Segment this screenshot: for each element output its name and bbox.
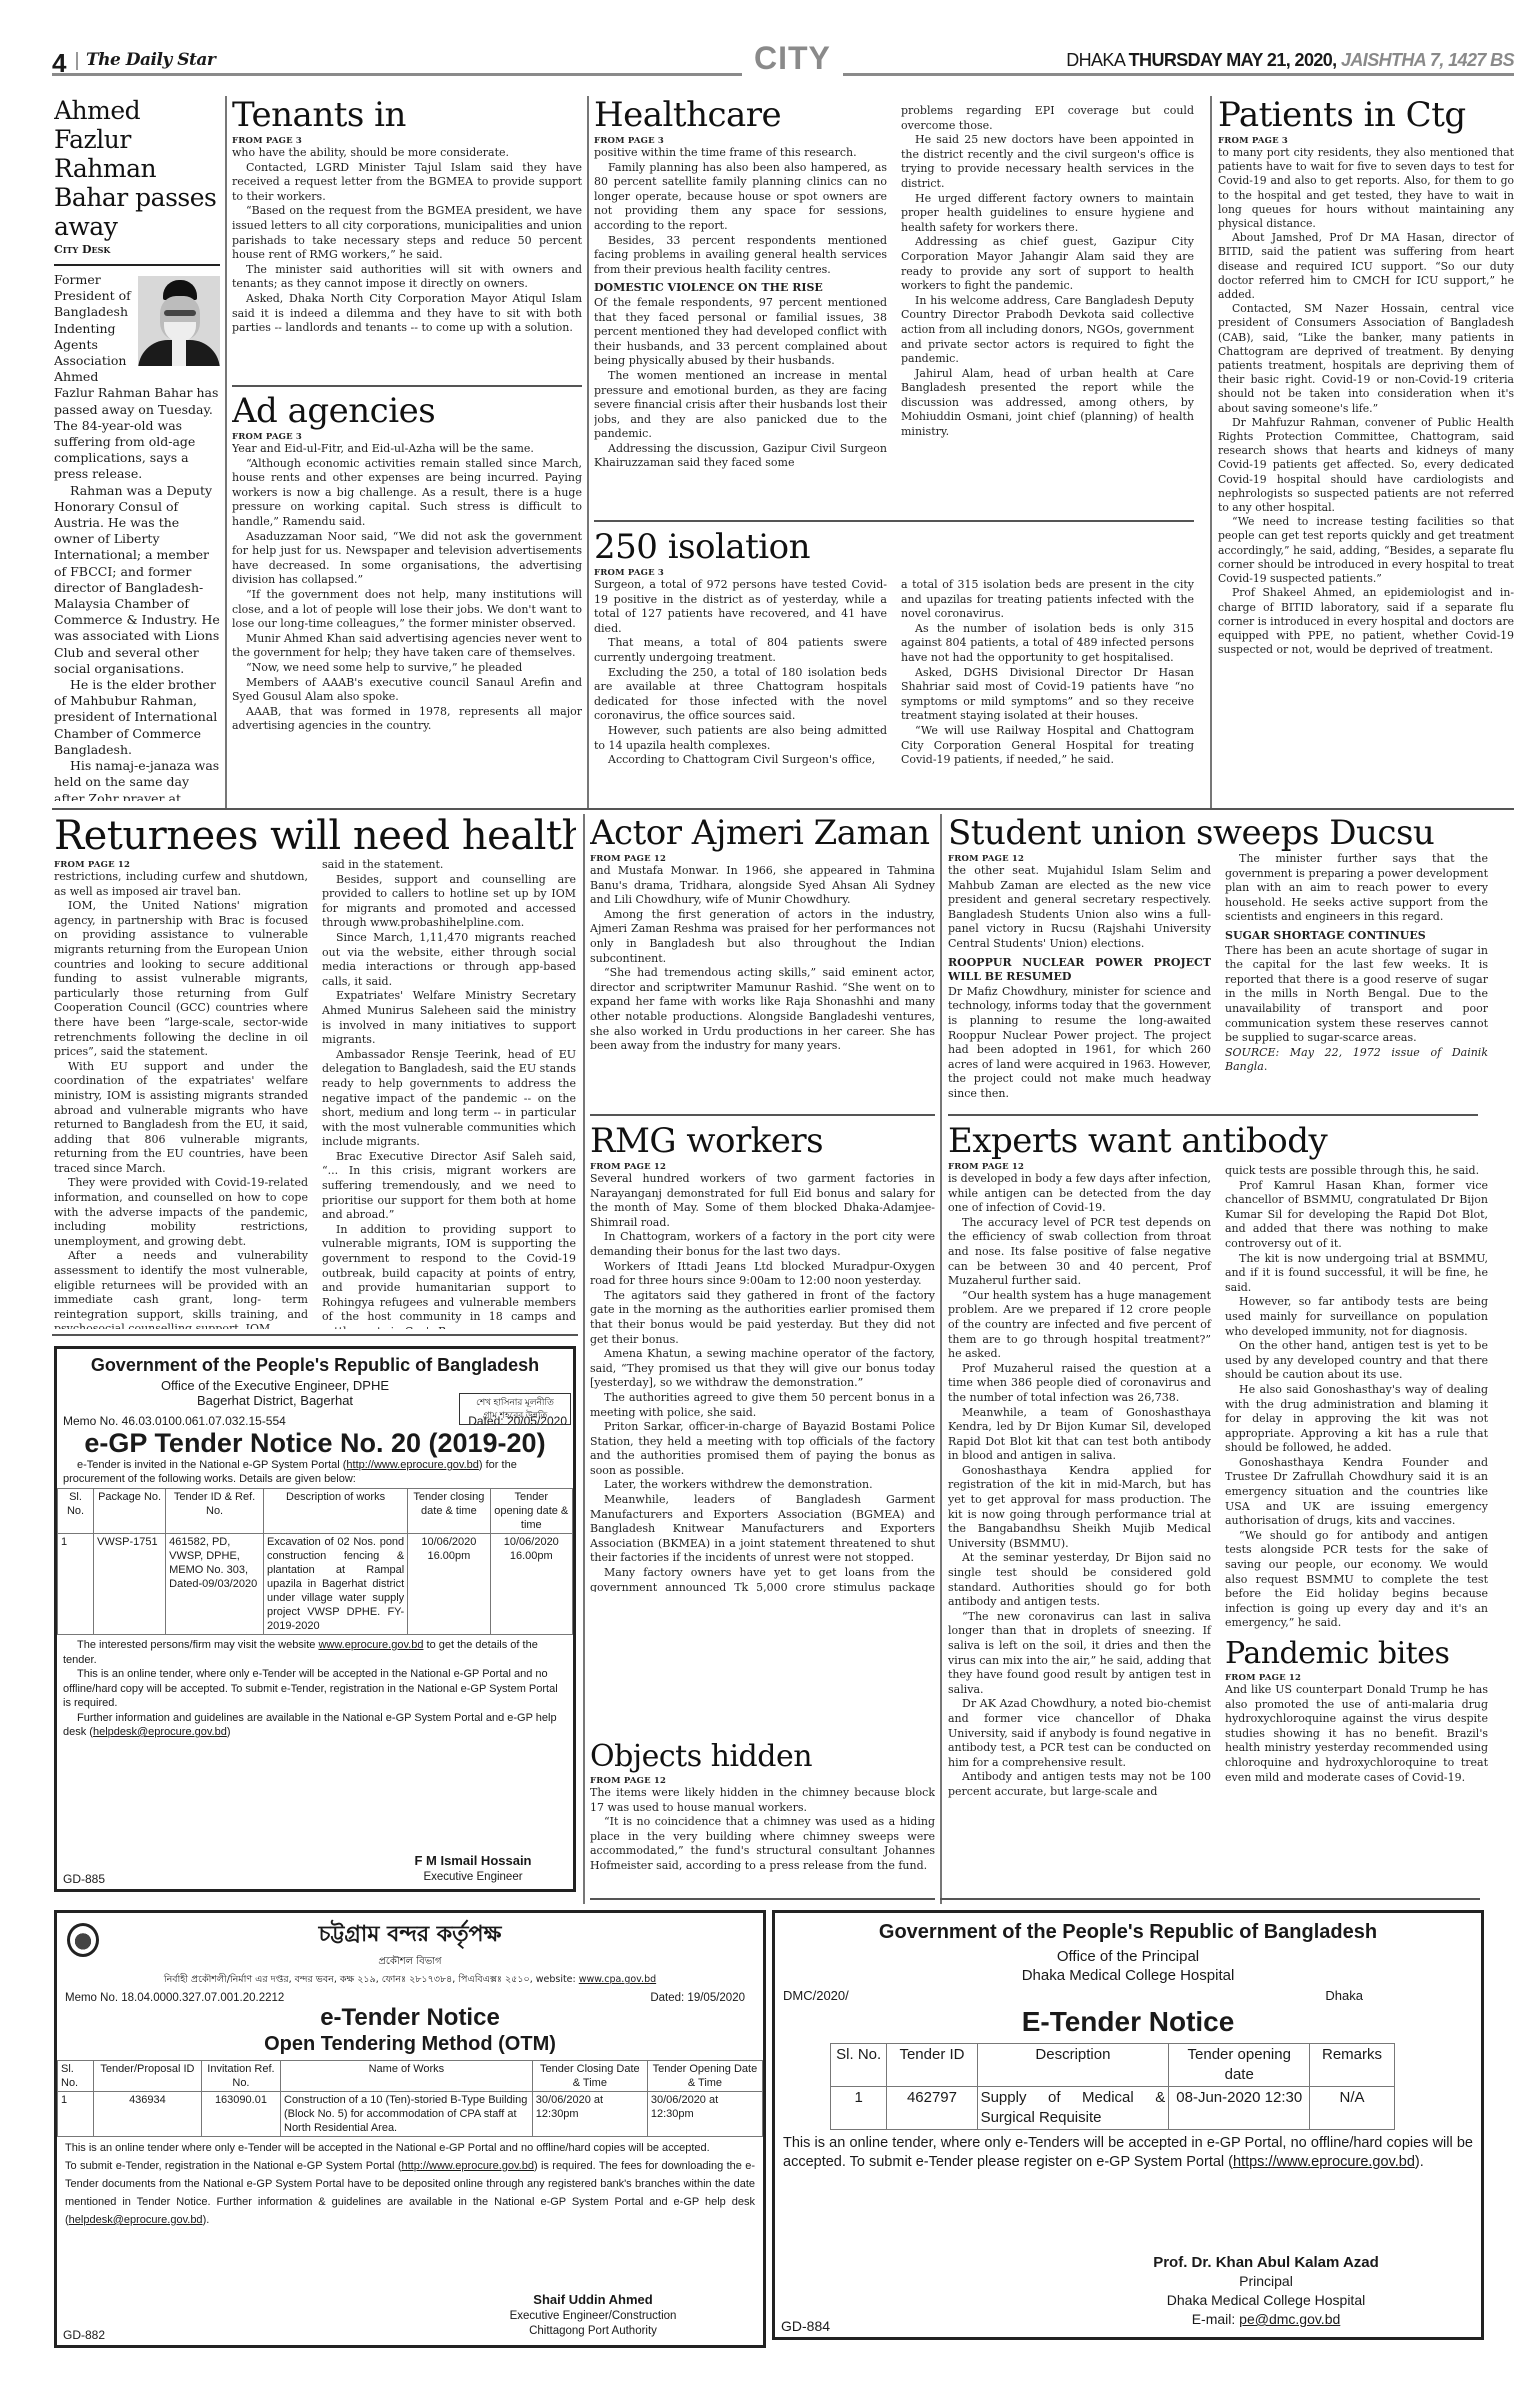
ad-signature: Shaif Uddin Ahmed Executive Engineer/Con…	[493, 2292, 693, 2339]
tender-table: Sl. No. Package No. Tender ID & Ref. No.…	[57, 1488, 573, 1635]
paragraph: Later, the workers withdrew the demonstr…	[590, 1478, 935, 1493]
paragraph: As the number of isolation beds is only …	[901, 622, 1194, 666]
obituary-byline: City Desk	[54, 243, 220, 266]
paragraph: Among the first generation of actors in …	[590, 908, 935, 966]
obituary-photo	[138, 276, 220, 366]
ad-office-line: Dhaka Medical College Hospital	[775, 1967, 1481, 1984]
ad-subtitle: Open Tendering Method (OTM)	[57, 2032, 763, 2056]
column-rule	[940, 814, 942, 1904]
from-page: FROM PAGE 12	[948, 854, 1211, 864]
tenants-headline: Tenants in	[232, 96, 582, 134]
paragraph: He urged different factory owners to mai…	[901, 192, 1194, 236]
paragraph: Many factory owners have yet to get loan…	[590, 1566, 935, 1592]
section-divider	[590, 1114, 935, 1116]
paragraph: Rahman was a Deputy Honorary Consul of A…	[54, 483, 220, 677]
paragraph: Dr Mafiz Chowdhury, minister for science…	[948, 985, 1211, 1102]
article-isolation: 250 isolation FROM PAGE 3 Surgeon, a tot…	[594, 528, 1194, 808]
paragraph: The minister further says that the gover…	[1225, 852, 1488, 925]
from-page: FROM PAGE 12	[54, 860, 308, 870]
paragraph: “She had tremendous acting skills,” said…	[590, 966, 935, 1054]
paragraph: The accuracy level of PCR test depends o…	[948, 1216, 1211, 1289]
ad-ref: DMC/2020/	[783, 1988, 849, 2003]
column-rule	[587, 96, 589, 808]
healthcare-body-col1: positive within the time frame of this r…	[594, 146, 887, 471]
subheading: ROOPPUR NUCLEAR POWER PROJECT WILL BE RE…	[948, 956, 1211, 985]
ad-dmc-tender: Government of the People's Republic of B…	[772, 1910, 1484, 2340]
paragraph: Members of AAAB's executive council Sana…	[232, 676, 582, 705]
paragraph: There has been an acute shortage of suga…	[1225, 944, 1488, 1046]
ad-slogan-box: শেখ হাসিনার মূলনীতি গ্রাম শহরের উন্নতি	[459, 1393, 571, 1425]
antibody-body-col2: quick tests are possible through this, h…	[1225, 1164, 1488, 1631]
ad-note: This is an online tender where only e-Te…	[65, 2139, 755, 2157]
obituary-body: Former President of Bangladesh Indenting…	[54, 272, 220, 801]
rmg-body: Several hundred workers of two garment f…	[590, 1172, 935, 1592]
ad-agencies-headline: Ad agencies	[232, 392, 582, 430]
ducsu-headline: Student union sweeps Ducsu	[948, 814, 1488, 852]
from-page: FROM PAGE 3	[594, 136, 887, 146]
actor-body: and Mustafa Monwar. In 1966, she appeare…	[590, 864, 935, 1054]
section-divider	[594, 520, 1194, 522]
paragraph: Workers of Ittadi Jeans Ltd blocked Mura…	[590, 1260, 935, 1289]
from-page: FROM PAGE 3	[232, 432, 582, 442]
from-page: FROM PAGE 12	[590, 1776, 935, 1786]
ad-office-line: Bagerhat District, Bagerhat	[57, 1393, 493, 1408]
section-divider	[948, 1114, 1478, 1116]
ad-org-bangla: চট্টগ্রাম বন্দর কর্তৃপক্ষ	[57, 1917, 763, 1954]
slogan-line: গ্রাম শহরের উন্নতি	[464, 1409, 566, 1422]
paragraph: He also said Gonoshasthay's way of deali…	[1225, 1383, 1488, 1456]
dmc-email-link[interactable]: pe@dmc.gov.bd	[1239, 2311, 1340, 2327]
paragraph: The minister said authorities will sit w…	[232, 263, 582, 292]
paragraph: Dr AK Azad Chowdhury, a noted bio-chemis…	[948, 1697, 1211, 1770]
isolation-body-col2: a total of 315 isolation beds are presen…	[901, 578, 1194, 768]
helpdesk-email-link[interactable]: helpdesk@eprocure.gov.bd	[93, 1726, 227, 1738]
ad-intro: e-Tender is invited in the National e-GP…	[57, 1458, 573, 1486]
paragraph: who have the ability, should be more con…	[232, 146, 582, 161]
paragraph: quick tests are possible through this, h…	[1225, 1164, 1488, 1179]
slogan-line: শেখ হাসিনার মূলনীতি	[464, 1396, 566, 1409]
ad-memo-row: Memo No. 18.04.0000.327.07.001.20.2212 D…	[57, 1988, 763, 2004]
paragraph: Family planning has also been also hampe…	[594, 161, 887, 234]
paragraph: positive within the time frame of this r…	[594, 146, 887, 161]
objects-headline: Objects hidden	[590, 1740, 935, 1774]
ad-place: Dhaka	[1325, 1988, 1363, 2003]
ad-title: e-Tender Notice	[57, 2004, 763, 2032]
paragraph: In Chattogram, workers of a factory in t…	[590, 1230, 935, 1259]
actor-headline: Actor Ajmeri Zaman	[590, 814, 935, 852]
ad-code: GD-885	[63, 1872, 105, 1886]
ad-memo-row: DMC/2020/ Dhaka	[775, 1984, 1481, 2003]
paragraph: Addressing as chief guest, Gazipur City …	[901, 235, 1194, 293]
table-header: Sl. No. Tender ID Description Tender ope…	[831, 2044, 1395, 2087]
paragraph: and Mustafa Monwar. In 1966, she appeare…	[590, 864, 935, 908]
eprocure-link[interactable]: https://www.eprocure.gov.bd	[1233, 2154, 1415, 2170]
ad-gov-title: Government of the People's Republic of B…	[775, 1921, 1481, 1944]
ad-agencies-body: Year and Eid-ul-Fitr, and Eid-ul-Azha wi…	[232, 442, 582, 734]
paragraph: They were provided with Covid-19-related…	[54, 1176, 308, 1249]
paragraph: IOM, the United Nations' migration agenc…	[54, 899, 308, 1060]
section-divider	[52, 1334, 578, 1336]
article-returnees: Returnees will need healthcare FROM PAGE…	[54, 814, 576, 1329]
paragraph: said in the statement.	[322, 858, 576, 873]
paragraph: Surgeon, a total of 972 persons have tes…	[594, 578, 887, 636]
paragraph: “We will use Railway Hospital and Chatto…	[901, 724, 1194, 768]
paragraph: “We need to increase testing facilities …	[1218, 515, 1514, 586]
article-ad-agencies: Ad agencies FROM PAGE 3 Year and Eid-ul-…	[232, 392, 582, 802]
paragraph: Expatriates' Welfare Ministry Secretary …	[322, 989, 576, 1047]
patients-ctg-body: to many port city residents, they also m…	[1218, 146, 1514, 657]
paragraph: Year and Eid-ul-Fitr, and Eid-ul-Azha wi…	[232, 442, 582, 457]
healthcare-body-col2: problems regarding EPI coverage but coul…	[901, 104, 1194, 471]
paragraph: He is the elder brother of Mahbubur Rahm…	[54, 677, 220, 758]
section-title: CITY	[742, 40, 843, 77]
paragraph: “Now, we need some help to survive,” he …	[232, 661, 582, 676]
paragraph: “We should go for antibody and antigen t…	[1225, 1529, 1488, 1631]
objects-body: The items were likely hidden in the chim…	[590, 1786, 935, 1874]
ad-office-line: Office of the Principal	[775, 1948, 1481, 1965]
paragraph: “It is no coincidence that a chimney was…	[590, 1815, 935, 1873]
paragraph: Jahirul Alam, head of urban health at Ca…	[901, 367, 1194, 440]
paragraph: Gonoshasthaya Kendra applied for registr…	[948, 1464, 1211, 1552]
paragraph: “If the government does not help, many i…	[232, 588, 582, 632]
paragraph: According to Chattogram Civil Surgeon's …	[594, 753, 887, 768]
from-page: FROM PAGE 12	[1225, 1673, 1488, 1683]
paragraph: At the seminar yesterday, Dr Bijon said …	[948, 1551, 1211, 1609]
ad-office-line: Office of the Executive Engineer, DPHE	[57, 1378, 493, 1393]
paragraph: However, such patients are also being ad…	[594, 724, 887, 753]
paragraph: Asked, Dhaka North City Corporation Mayo…	[232, 292, 582, 336]
paragraph: a total of 315 isolation beds are presen…	[901, 578, 1194, 622]
article-rmg: RMG workers FROM PAGE 12 Several hundred…	[590, 1122, 935, 1592]
rmg-headline: RMG workers	[590, 1122, 935, 1160]
section-divider	[590, 1898, 935, 1900]
ducsu-body-col2: The minister further says that the gover…	[1225, 852, 1488, 1102]
article-patients-ctg: Patients in Ctg FROM PAGE 3 to many port…	[1218, 96, 1514, 806]
paragraph: the other seat. Mujahidul Islam Selim an…	[948, 864, 1211, 952]
paragraph: Meanwhile, a team of Gonoshasthaya Kendr…	[948, 1406, 1211, 1464]
table-row: 1 VWSP-1751 461582, PD, VWSP, DPHE, MEMO…	[58, 1534, 573, 1635]
column-rule	[583, 814, 585, 1904]
from-page: FROM PAGE 12	[590, 854, 935, 864]
patients-ctg-headline: Patients in Ctg	[1218, 96, 1514, 134]
paragraph: Contacted, SM Nazer Hossain, central vic…	[1218, 302, 1514, 416]
ad-date: Dated: 19/05/2020	[650, 1992, 745, 2004]
paragraph: “Based on the request from the BGMEA pre…	[232, 204, 582, 262]
paragraph: Prof Muzaherul raised the question at a …	[948, 1362, 1211, 1406]
paragraph: “Our health system has a huge management…	[948, 1289, 1211, 1362]
paragraph: On the other hand, antigen test is yet t…	[1225, 1339, 1488, 1383]
paragraph: In addition to providing support to vuln…	[322, 1223, 576, 1329]
paragraph: Asked, DGHS Divisional Director Dr Hasan…	[901, 666, 1194, 724]
ad-signature: Prof. Dr. Khan Abul Kalam Azad Principal…	[1121, 2253, 1411, 2329]
returnees-headline: Returnees will need healthcare	[54, 814, 576, 858]
paragraph: Since March, 1,11,470 migrants reached o…	[322, 931, 576, 989]
paragraph: He said 25 new doctors have been appoint…	[901, 133, 1194, 191]
paragraph: Meanwhile, leaders of Bangladesh Garment…	[590, 1493, 935, 1566]
table-header: Sl. No. Package No. Tender ID & Ref. No.…	[58, 1489, 573, 1534]
paragraph: “The new coronavirus can last in saliva …	[948, 1610, 1211, 1698]
paragraph: Amena Khatun, a sewing machine operator …	[590, 1347, 935, 1391]
paragraph: Excluding the 250, a total of 180 isolat…	[594, 666, 887, 724]
cpa-website-link[interactable]: www.cpa.gov.bd	[579, 1974, 656, 1985]
article-obituary: Ahmed Fazlur Rahman Bahar passes away Ci…	[54, 96, 220, 801]
ad-memo: Memo No. 46.03.0100.061.07.032.15-554	[63, 1414, 286, 1428]
ad-code: GD-884	[781, 2318, 830, 2334]
paragraph: is developed in body a few days after in…	[948, 1172, 1211, 1216]
pandemic-headline: Pandemic bites	[1225, 1637, 1488, 1671]
ad-notes: The interested persons/firm may visit th…	[57, 1635, 573, 1740]
ad-notes: This is an online tender, where only e-T…	[775, 2130, 1481, 2172]
table-row: 1 462797 Supply of Medical & Surgical Re…	[831, 2087, 1395, 2130]
table-row: 1 436934 163090.01 Construction of a 10 …	[58, 2092, 763, 2137]
eprocure-link[interactable]: http://www.eprocure.gov.bd	[346, 1459, 478, 1471]
article-healthcare: Healthcare FROM PAGE 3 positive within t…	[594, 96, 1194, 514]
dateline-city: DHAKA	[1066, 50, 1124, 70]
eprocure-link[interactable]: http://www.eprocure.gov.bd	[402, 2160, 534, 2172]
paragraph: Prof Shakeel Ahmed, an epidemiologist an…	[1218, 586, 1514, 657]
from-page: FROM PAGE 3	[594, 568, 887, 578]
ducsu-body-col1: the other seat. Mujahidul Islam Selim an…	[948, 864, 1211, 1102]
ad-address: নির্বাহী প্রকৌশলী/নির্মাণ এর দপ্তর, বন্দ…	[57, 1973, 763, 1988]
subheading: DOMESTIC VIOLENCE ON THE RISE	[594, 281, 887, 296]
paragraph: problems regarding EPI coverage but coul…	[901, 104, 1194, 133]
article-objects-hidden: Objects hidden FROM PAGE 12 The items we…	[590, 1740, 935, 1900]
paragraph: After a needs and vulnerability assessme…	[54, 1249, 308, 1329]
section-divider	[232, 385, 582, 387]
obituary-headline: Ahmed Fazlur Rahman Bahar passes away	[54, 96, 220, 241]
paragraph: With EU support and under the coordinati…	[54, 1060, 308, 1177]
paragraph: Prof Kamrul Hasan Khan, former vice chan…	[1225, 1179, 1488, 1252]
isolation-body-col1: Surgeon, a total of 972 persons have tes…	[594, 578, 887, 768]
section-divider	[940, 1898, 1480, 1900]
paragraph: The authorities agreed to give them 50 p…	[590, 1391, 935, 1420]
article-pandemic-bites: Pandemic bites FROM PAGE 12 And like US …	[1225, 1637, 1488, 1785]
paragraph: Asaduzzaman Noor said, “We did not ask t…	[232, 530, 582, 588]
paragraph: Besides, support and counselling are pro…	[322, 873, 576, 931]
pandemic-body: And like US counterpart Donald Trump he …	[1225, 1683, 1488, 1785]
paragraph: to many port city residents, they also m…	[1218, 146, 1514, 231]
paragraph: Dr Mahfuzur Rahman, convener of Public H…	[1218, 416, 1514, 515]
tenants-body: who have the ability, should be more con…	[232, 146, 582, 336]
paragraph: Addressing the discussion, Gazipur Civil…	[594, 442, 887, 471]
paragraph: Munir Ahmed Khan said advertising agenci…	[232, 632, 582, 661]
paragraph: His namaj-e-janaza was held on the same …	[54, 758, 220, 801]
tender-table: Sl. No. Tender ID Description Tender ope…	[830, 2043, 1395, 2130]
paragraph: In his welcome address, Care Bangladesh …	[901, 294, 1194, 367]
returnees-body-col1: restrictions, including curfew and shutd…	[54, 870, 308, 1329]
paragraph: Besides, 33 percent respondents mentione…	[594, 234, 887, 278]
dateline: DHAKA THURSDAY MAY 21, 2020, JAISHTHA 7,…	[1066, 50, 1514, 71]
ad-dept-bangla: প্রকৌশল বিভাগ	[57, 1954, 763, 1971]
paragraph: However, so far antibody tests are being…	[1225, 1295, 1488, 1339]
column-rule	[1210, 96, 1212, 808]
column-rule	[225, 96, 227, 808]
article-ducsu: Student union sweeps Ducsu FROM PAGE 12 …	[948, 814, 1488, 1109]
subheading: SUGAR SHORTAGE CONTINUES	[1225, 929, 1488, 944]
returnees-body-col2: said in the statement. Besides, support …	[322, 858, 576, 1329]
ad-title: E-Tender Notice	[775, 2005, 1481, 2039]
paragraph: Brac Executive Director Asif Saleh said,…	[322, 1150, 576, 1223]
paragraph: Gonoshasthaya Kendra Founder and Trustee…	[1225, 1456, 1488, 1529]
dateline-bangla: JAISHTHA 7, 1427 BS	[1341, 50, 1514, 70]
paragraph: The items were likely hidden in the chim…	[590, 1786, 935, 1815]
paper-logo: The Daily Star	[86, 50, 215, 70]
ad-title: e-GP Tender Notice No. 20 (2019-20)	[57, 1428, 573, 1458]
paragraph: The agitators said they gathered in fron…	[590, 1289, 935, 1347]
paragraph: That means, a total of 804 patients swer…	[594, 636, 887, 665]
paragraph: Contacted, LGRD Minister Tajul Islam sai…	[232, 161, 582, 205]
tender-table: Sl. No. Tender/Proposal ID Invitation Re…	[57, 2060, 763, 2137]
table-header: Sl. No. Tender/Proposal ID Invitation Re…	[58, 2061, 763, 2092]
ad-bagerhat-tender: Government of the People's Republic of B…	[54, 1346, 576, 1892]
paragraph: AAAB, that was formed in 1978, represent…	[232, 705, 582, 734]
from-page: FROM PAGE 3	[232, 136, 582, 146]
ad-chittagong-port-tender: চট্টগ্রাম বন্দর কর্তৃপক্ষ প্রকৌশল বিভাগ …	[54, 1910, 766, 2348]
ad-note: This is an online tender, where only e-T…	[63, 1667, 567, 1711]
eprocure-link[interactable]: www.eprocure.gov.bd	[318, 1639, 423, 1651]
paragraph: And like US counterpart Donald Trump he …	[1225, 1683, 1488, 1785]
source-note: SOURCE: May 22, 1972 issue of Dainik Ban…	[1225, 1046, 1488, 1075]
isolation-headline: 250 isolation	[594, 528, 1194, 566]
from-page: FROM PAGE 12	[948, 1162, 1211, 1172]
ad-memo: Memo No. 18.04.0000.327.07.001.20.2212	[65, 1992, 284, 2004]
ad-signature: F M Ismail Hossain Executive Engineer	[393, 1853, 553, 1885]
paragraph: About Jamshed, Prof Dr MA Hasan, directo…	[1218, 231, 1514, 302]
ad-gov-title: Government of the People's Republic of B…	[57, 1355, 573, 1376]
paragraph: The kit is now undergoing trial at BSMMU…	[1225, 1252, 1488, 1296]
paragraph: “Although economic activities remain sta…	[232, 457, 582, 530]
antibody-headline: Experts want antibody	[948, 1122, 1488, 1160]
from-page: FROM PAGE 3	[1218, 136, 1514, 146]
paragraph: The women mentioned an increase in menta…	[594, 369, 887, 442]
paragraph: Ambassador Rensje Teerink, head of EU de…	[322, 1048, 576, 1150]
row-divider	[52, 808, 1514, 810]
ad-code: GD-882	[63, 2328, 105, 2342]
paragraph: Several hundred workers of two garment f…	[590, 1172, 935, 1230]
paragraph: Antibody and antigen tests may not be 10…	[948, 1770, 1211, 1799]
paragraph: restrictions, including curfew and shutd…	[54, 870, 308, 899]
article-actor: Actor Ajmeri Zaman FROM PAGE 12 and Must…	[590, 814, 935, 1109]
article-tenants: Tenants in FROM PAGE 3 who have the abil…	[232, 96, 582, 366]
helpdesk-email-link[interactable]: helpdesk@eprocure.gov.bd	[69, 2214, 203, 2226]
paragraph: Priton Sarkar, officer-in-charge of Baya…	[590, 1420, 935, 1478]
ad-notes: This is an online tender where only e-Te…	[57, 2137, 763, 2229]
dateline-date: THURSDAY MAY 21, 2020,	[1129, 50, 1337, 70]
masthead: 4 The Daily Star CITY DHAKA THURSDAY MAY…	[52, 52, 1514, 76]
masthead-divider	[76, 52, 78, 70]
page-number: 4	[52, 48, 66, 79]
article-antibody: Experts want antibody FROM PAGE 12 is de…	[948, 1122, 1488, 1897]
antibody-body-col1: is developed in body a few days after in…	[948, 1172, 1211, 1800]
from-page: FROM PAGE 12	[590, 1162, 935, 1172]
port-authority-logo-icon	[67, 1923, 99, 1957]
paragraph: Of the female respondents, 97 percent me…	[594, 296, 887, 369]
